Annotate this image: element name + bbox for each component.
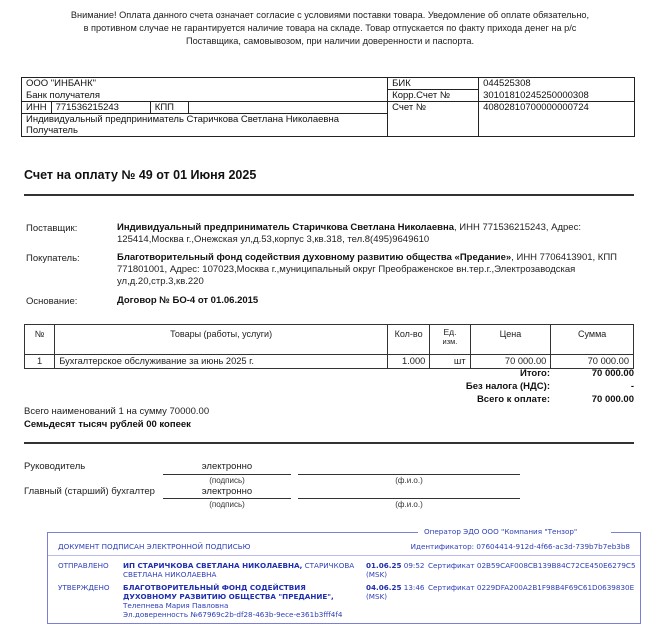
head-signature-line [163, 474, 291, 475]
payment-notice: Внимание! Оплата данного счета означает … [70, 9, 590, 48]
row-qty: 1.000 [387, 355, 429, 369]
approved-certificate: Сертификат 0229DFA200A2B1F98B4F69C61D063… [428, 583, 634, 592]
approved-label: УТВЕРЖДЕНО [58, 583, 110, 592]
vat-label: Без налога (НДС): [430, 381, 550, 392]
bank-name: ООО "ИНБАНК" [22, 78, 388, 90]
bank-details-table: ООО "ИНБАНК" БИК 044525308 Банк получате… [21, 77, 635, 137]
sent-label: ОТПРАВЛЕНО [58, 561, 109, 570]
head-signature: электронно [163, 461, 291, 472]
supplier-name: Индивидуальный предприниматель Старичков… [117, 222, 454, 233]
accountant-label: Главный (старший) бухгалтер [24, 486, 155, 497]
goods-table: № Товары (работы, услуги) Кол-во Ед.изм.… [24, 324, 634, 369]
kpp-label: КПП [150, 102, 188, 114]
recipient-name: Индивидуальный предприниматель Старичков… [22, 114, 388, 126]
items-count-summary: Всего наименований 1 на сумму 70000.00 [24, 406, 209, 417]
summary-divider [24, 442, 634, 444]
row-price: 70 000.00 [470, 355, 551, 369]
sent-signer: ИП СТАРИЧКОВА СВЕТЛАНА НИКОЛАЕВНА, СТАРИ… [123, 561, 358, 579]
corr-account-label: Корр.Счет № [388, 90, 479, 102]
accountant-name-line [298, 498, 520, 499]
row-sum: 70 000.00 [551, 355, 634, 369]
bank-label: Банк получателя [22, 90, 388, 102]
sent-datetime: 01.06.25 09:52(MSK) [366, 561, 424, 579]
accountant-sign-caption: (подпись) [163, 500, 291, 509]
supplier-details: Индивидуальный предприниматель Старичков… [117, 222, 637, 246]
stamp-divider [48, 555, 640, 556]
col-price: Цена [470, 325, 551, 355]
goods-header-row: № Товары (работы, услуги) Кол-во Ед.изм.… [25, 325, 634, 355]
head-name-caption: (ф.и.о.) [298, 476, 520, 485]
basis-label: Основание: [26, 296, 77, 307]
approved-signer: БЛАГОТВОРИТЕЛЬНЫЙ ФОНД СОДЕЙСТВИЯДУХОВНО… [123, 583, 363, 619]
e-signature-stamp: ДОКУМЕНТ ПОДПИСАН ЭЛЕКТРОННОЙ ПОДПИСЬЮ И… [47, 532, 641, 624]
account-label: Счет № [388, 102, 479, 137]
buyer-details: Благотворительный фонд содействия духовн… [117, 252, 637, 288]
amount-in-words: Семьдесят тысяч рублей 00 копеек [24, 419, 191, 430]
corr-account-value: 30101810245250000308 [479, 90, 635, 102]
buyer-label: Покупатель: [26, 253, 80, 264]
sent-certificate: Сертификат 02B59CAF008CB139B84C72CE450E6… [428, 561, 636, 570]
total-value: 70 000.00 [560, 394, 634, 405]
table-row: 1 Бухгалтерское обслуживание за июнь 202… [25, 355, 634, 369]
col-qty: Кол-во [387, 325, 429, 355]
accountant-signature-line [163, 498, 291, 499]
head-sign-caption: (подпись) [163, 476, 291, 485]
row-name: Бухгалтерское обслуживание за июнь 2025 … [55, 355, 388, 369]
stamp-identifier: Идентификатор: 07604414-912d-4f66-ac3d-7… [411, 542, 630, 551]
kpp-value [188, 102, 388, 114]
supplier-label: Поставщик: [26, 223, 77, 234]
head-label: Руководитель [24, 461, 85, 472]
total-label: Всего к оплате: [430, 394, 550, 405]
basis-value: Договор № БО-4 от 01.06.2015 [117, 295, 637, 307]
title-divider [24, 194, 634, 196]
vat-value: - [560, 381, 634, 392]
approved-datetime: 04.06.25 13:46(MSK) [366, 583, 424, 601]
col-name: Товары (работы, услуги) [55, 325, 388, 355]
invoice-title: Счет на оплату № 49 от 01 Июня 2025 [24, 168, 256, 182]
inn-value: 771536215243 [51, 102, 150, 114]
head-name-line [298, 474, 520, 475]
bik-value: 044525308 [479, 78, 635, 90]
col-unit: Ед.изм. [430, 325, 470, 355]
itogo-label: Итого: [430, 368, 550, 379]
accountant-name-caption: (ф.и.о.) [298, 500, 520, 509]
inn-label: ИНН [22, 102, 52, 114]
stamp-heading: ДОКУМЕНТ ПОДПИСАН ЭЛЕКТРОННОЙ ПОДПИСЬЮ [58, 542, 250, 551]
row-unit: шт [430, 355, 470, 369]
buyer-name: Благотворительный фонд содействия духовн… [117, 252, 511, 263]
itogo-value: 70 000.00 [560, 368, 634, 379]
recipient-label: Получатель [22, 125, 388, 137]
account-value: 40802810700000000724 [479, 102, 635, 137]
col-sum: Сумма [551, 325, 634, 355]
accountant-signature: электронно [163, 486, 291, 497]
row-num: 1 [25, 355, 55, 369]
col-num: № [25, 325, 55, 355]
bik-label: БИК [388, 78, 479, 90]
